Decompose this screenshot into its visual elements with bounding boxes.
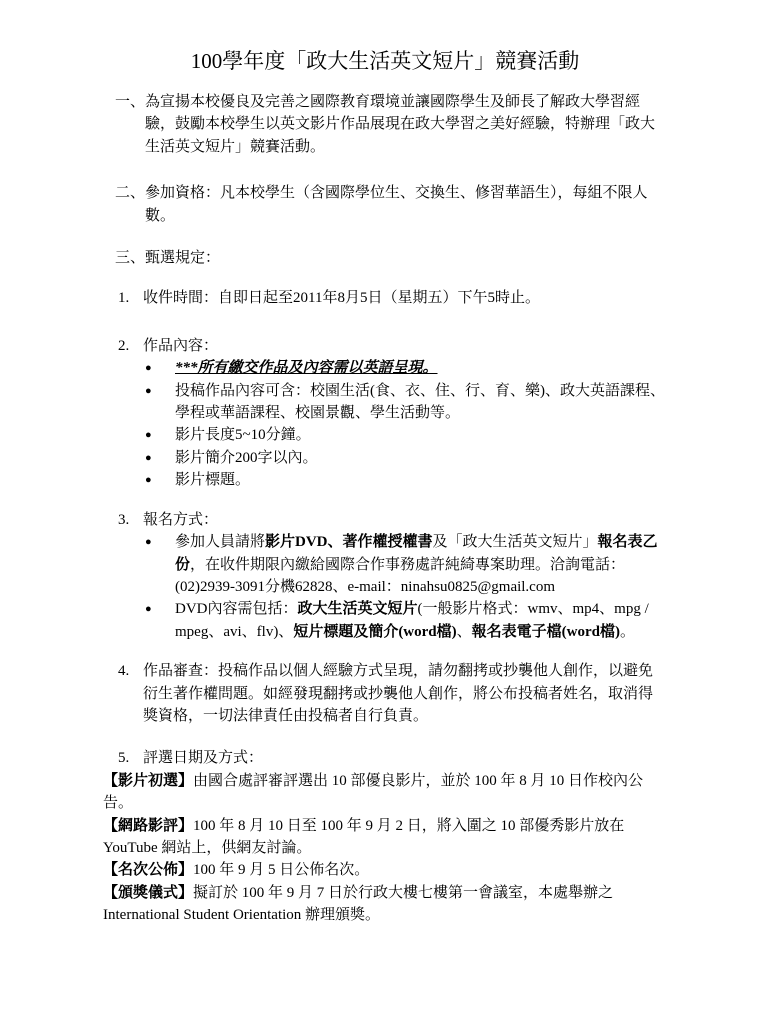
numbered-item-2-block: 2. 作品內容： ● ***所有繳交作品及內容需以英語呈現。 ● 投稿作品內容可… <box>103 335 667 492</box>
schedule-online-review: 【網路影評】100 年 8 月 10 日至 100 年 9 月 2 日，將入圍之… <box>103 815 667 860</box>
schedule-award-ceremony: 【頒獎儀式】擬訂於 100 年 9 月 7 日於行政大樓七樓第一會議室，本處舉辦… <box>103 882 667 927</box>
schedule-film-preliminary: 【影片初選】由國合處評審評選出 10 部優良影片，並於 100 年 8 月 10… <box>103 770 667 815</box>
bullet-item: ● 投稿作品內容可含：校園生活(食、衣、住、行、育、樂)、政大英語課程、學程或華… <box>145 380 667 425</box>
schedule-ranking-announcement: 【名次公佈】100 年 9 月 5 日公佈名次。 <box>103 859 667 881</box>
numbered-item-5-text: 評選日期及方式： <box>143 747 667 769</box>
list-label: 二、 <box>115 182 145 204</box>
intro-paragraph-3-text: 甄選規定： <box>145 247 667 269</box>
bullet-text: DVD內容需包括：政大生活英文短片(一般影片格式：wmv、mp4、mpg / m… <box>175 598 667 643</box>
list-number: 2. <box>118 335 143 357</box>
list-number: 5. <box>118 747 143 769</box>
intro-paragraph-1-text: 為宣揚本校優良及完善之國際教育環境並讓國際學生及師長了解政大學習經驗，鼓勵本校學… <box>145 91 667 158</box>
list-label: 一、 <box>115 91 145 113</box>
numbered-item-2-text: 作品內容： <box>143 335 667 357</box>
intro-paragraph-2-text: 參加資格：凡本校學生（含國際學位生、交換生、修習華語生），每組不限人數。 <box>145 182 667 227</box>
intro-paragraph-3: 三、 甄選規定： <box>115 247 667 269</box>
list-number: 1. <box>118 287 143 309</box>
bullet-item: ● 參加人員請將影片DVD、著作權授權書及「政大生活英文短片」報名表乙份，在收件… <box>145 531 667 598</box>
numbered-item-3-block: 3. 報名方式： ● 參加人員請將影片DVD、著作權授權書及「政大生活英文短片」… <box>103 509 667 643</box>
bullet-item: ● 影片長度5~10分鐘。 <box>145 424 667 446</box>
bullet-text: ***所有繳交作品及內容需以英語呈現。 <box>175 357 667 379</box>
numbered-item-3-text: 報名方式： <box>143 509 667 531</box>
numbered-item-1-text: 收件時間：自即日起至2011年8月5日（星期五）下午5時止。 <box>143 287 667 309</box>
bullet-item: ● DVD內容需包括：政大生活英文短片(一般影片格式：wmv、mp4、mpg /… <box>145 598 667 643</box>
numbered-item-4-text: 作品審查：投稿作品以個人經驗方式呈現，請勿翻拷或抄襲他人創作，以避免衍生著作權問… <box>143 660 667 727</box>
intro-paragraph-2: 二、 參加資格：凡本校學生（含國際學位生、交換生、修習華語生），每組不限人數。 <box>115 182 667 227</box>
numbered-item-4: 4. 作品審查：投稿作品以個人經驗方式呈現，請勿翻拷或抄襲他人創作，以避免衍生著… <box>118 660 667 727</box>
bullet-text: 參加人員請將影片DVD、著作權授權書及「政大生活英文短片」報名表乙份，在收件期限… <box>175 531 667 598</box>
list-number: 3. <box>118 509 143 531</box>
bullet-icon: ● <box>145 469 175 491</box>
list-label: 三、 <box>115 247 145 269</box>
list-number: 4. <box>118 660 143 682</box>
document-page: 100學年度「政大生活英文短片」競賽活動 一、 為宣揚本校優良及完善之國際教育環… <box>0 0 770 927</box>
bullet-icon: ● <box>145 531 175 553</box>
bullet-item: ● 影片簡介200字以內。 <box>145 447 667 469</box>
bullet-text: 投稿作品內容可含：校園生活(食、衣、住、行、育、樂)、政大英語課程、學程或華語課… <box>175 380 667 425</box>
bullet-item: ● 影片標題。 <box>145 469 667 491</box>
bullet-icon: ● <box>145 380 175 402</box>
numbered-item-2: 2. 作品內容： <box>118 335 667 357</box>
intro-paragraph-1: 一、 為宣揚本校優良及完善之國際教育環境並讓國際學生及師長了解政大學習經驗，鼓勵… <box>115 91 667 158</box>
bullet-icon: ● <box>145 357 175 379</box>
numbered-item-1: 1. 收件時間：自即日起至2011年8月5日（星期五）下午5時止。 <box>118 287 667 309</box>
bullet-icon: ● <box>145 447 175 469</box>
numbered-item-5: 5. 評選日期及方式： <box>118 747 667 769</box>
bullet-text: 影片長度5~10分鐘。 <box>175 424 667 446</box>
bullet-text: 影片標題。 <box>175 469 667 491</box>
bullet-icon: ● <box>145 598 175 620</box>
bullet-text: 影片簡介200字以內。 <box>175 447 667 469</box>
bullet-icon: ● <box>145 424 175 446</box>
bullet-item: ● ***所有繳交作品及內容需以英語呈現。 <box>145 357 667 379</box>
numbered-item-3: 3. 報名方式： <box>118 509 667 531</box>
document-title: 100學年度「政大生活英文短片」競賽活動 <box>103 47 667 75</box>
